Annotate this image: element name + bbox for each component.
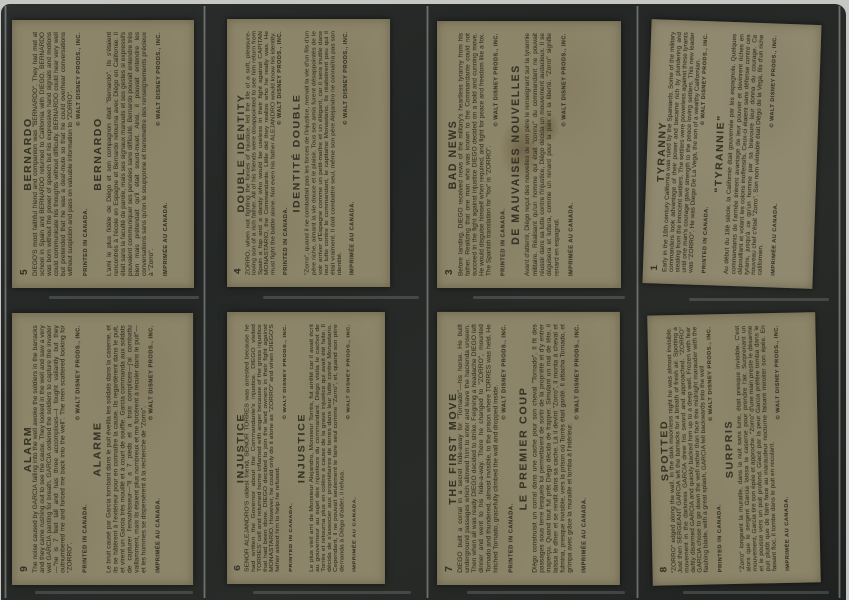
sleeve-seam-center [426, 6, 429, 598]
copyright-line: © WALT DISNEY PRODS., INC. [561, 33, 567, 276]
card-9-alarm: 9 ALARM The noise caused by GARCIA falli… [12, 313, 193, 585]
sleeve-ridge [49, 296, 199, 299]
card-title-french: INJUSTICE [296, 324, 307, 572]
copyright-line: © WALT DISNEY PRODS., INC. [344, 31, 349, 275]
card-text-french: Le bruit causé par Garcia tombant dans l… [105, 325, 147, 573]
card-header: 3 BAD NEWS [443, 33, 456, 276]
sleeve-seam-left [4, 6, 7, 598]
card-header: 5 BERNARDO [18, 32, 31, 276]
card-title-english: ALARM [22, 426, 34, 473]
card-text-english: "ZORRO" edged along the wall. In the dar… [666, 327, 710, 574]
sleeve-ridge [689, 298, 829, 301]
card-header: 9 ALARM [18, 325, 31, 573]
card-number: 1 [649, 265, 659, 271]
card-text-english: SENOR ALEJANDRO'S oldest friend, SENOR T… [244, 324, 281, 572]
card-4-double-identity: 4 DOUBLE IDENTITY ZORRO, when not fighti… [227, 19, 390, 287]
card-number: 6 [233, 565, 243, 571]
card-back-face: 1 TYRANNY Early in the 18th century Cali… [642, 19, 821, 289]
copyright-line: © WALT DISNEY PRODS., INC. [148, 325, 154, 573]
copyright-line: © WALT DISNEY PRODS., INC. [501, 324, 507, 573]
card-8-spotted: 8 SPOTTED "ZORRO" edged along the wall. … [647, 312, 821, 585]
sleeve-ridge [263, 296, 419, 299]
card-text-french: Avant d'atterrir, Diègo reçut des nouvel… [524, 33, 560, 276]
card-number: 5 [19, 269, 30, 275]
sleeve-ridge [467, 591, 625, 594]
copyright-line: © WALT DISNEY PRODS., INC. [76, 32, 82, 276]
card-number: 3 [444, 270, 455, 276]
sleeve-ridge [35, 591, 193, 594]
card-text-english: ZORRO, when not fighting the forces of i… [245, 31, 277, 275]
printed-in-canada-line: PRINTED IN CANADA. [83, 32, 89, 276]
printed-in-canada-line: PRINTED IN CANADA. [82, 325, 88, 573]
card-text-english: DIEGO'S most faithful friend and compani… [32, 32, 75, 276]
card-text-french: "Zorro" longeant la muraille, dans la nu… [734, 325, 778, 572]
copyright-line: © WALT DISNEY PRODS., INC. [75, 325, 81, 573]
card-title-english: BAD NEWS [447, 120, 459, 190]
card-text-french: "Zorro", quand il ne combattait pas les … [304, 31, 342, 275]
imprimee-au-canada-line: IMPRIMÉE AU CANADA. [155, 325, 161, 573]
printed-in-canada-line: PRINTED IN CANADA. [284, 31, 289, 275]
card-header: 7 THE FIRST MOVE [443, 324, 456, 573]
copyright-line: © WALT DISNEY PRODS., INC. [278, 31, 283, 275]
sleeve-ridge [683, 591, 829, 594]
copyright-line: © WALT DISNEY PRODS., INC. [346, 324, 351, 572]
card-7-the-first-move: 7 THE FIRST MOVE DIEGO built a corral in… [437, 312, 620, 585]
card-title-english: TYRANNY [655, 121, 668, 182]
card-title-english: THE FIRST MOVE [447, 392, 459, 505]
card-number: 8 [659, 567, 669, 573]
card-header: 4 DOUBLE IDENTITY [232, 31, 244, 275]
card-title-english: DOUBLE IDENTITY [236, 93, 247, 212]
card-back-face: 5 BERNARDO DIEGO'S most faithful friend … [12, 20, 194, 288]
card-title-french: IDENTITÉ DOUBLE [292, 31, 304, 275]
sleeve-seam-1 [203, 6, 206, 598]
imprimee-au-canada-line: IMPRIMÉE AU CANADA. [163, 32, 169, 276]
card-text-english: The noise caused by GARCIA falling into … [32, 325, 74, 573]
card-back-face: 8 SPOTTED "ZORRO" edged along the wall. … [647, 312, 821, 586]
imprimee-au-canada-line: IMPRIMÉE AU CANADA. [568, 33, 574, 276]
card-back-face: 7 THE FIRST MOVE DIEGO built a corral in… [437, 312, 620, 585]
card-text-english: Before landing, DIEGO received news of t… [457, 33, 493, 276]
card-text-french: Diègo construisit un corral dans une cac… [531, 324, 574, 573]
copyright-line: © WALT DISNEY PRODS., INC. [494, 33, 500, 276]
copyright-line: © WALT DISNEY PRODS., INC. [156, 32, 162, 276]
card-back-face: 4 DOUBLE IDENTITY ZORRO, when not fighti… [227, 19, 390, 287]
card-header: 6 INJUSTICE [232, 324, 243, 572]
card-title-french: BERNARDO [92, 32, 105, 276]
card-1-tyranny: 1 TYRANNY Early in the 18th century Cali… [642, 19, 821, 289]
card-text-french: L'ami le plus fidèle de Diègo et son com… [106, 32, 156, 276]
card-back-face: 6 INJUSTICE SENOR ALEJANDRO'S oldest fri… [227, 312, 385, 584]
card-number: 9 [19, 566, 30, 572]
card-title-french: LE PREMIER COUP [517, 324, 530, 573]
imprimee-au-canada-line: IMPRIMÉE AU CANADA. [350, 31, 355, 275]
card-back-face: 9 ALARM The noise caused by GARCIA falli… [12, 313, 193, 585]
card-number: 7 [444, 566, 455, 572]
card-text-english: DIEGO built a corral in a secret hide-aw… [457, 324, 500, 573]
card-text-french: Le plus vieil ami de Monsieur Alejandro,… [308, 324, 345, 572]
card-title-english: INJUSTICE [236, 413, 246, 483]
card-title-english: BERNARDO [22, 117, 34, 190]
card-title-french: DE MAUVAISES NOUVELLES [510, 33, 523, 276]
card-title-english: SPOTTED [659, 420, 671, 482]
card-back-face: 3 BAD NEWS Before landing, DIEGO receive… [437, 21, 621, 288]
photo-background: 5 BERNARDO DIEGO'S most faithful friend … [0, 0, 849, 600]
printed-in-canada-line: PRINTED IN CANADA. [501, 33, 507, 276]
card-number: 4 [233, 268, 243, 274]
sleeve-ridge [253, 591, 411, 594]
sleeve-seam-2 [636, 6, 639, 598]
copyright-line: © WALT DISNEY PRODS., INC. [575, 324, 581, 573]
sleeve-seam-right [838, 6, 841, 598]
card-title-french: ALARME [91, 325, 104, 573]
sleeve-ridge [473, 296, 625, 299]
printed-in-canada-line: PRINTED IN CANADA. [288, 324, 293, 572]
card-6-injustice: 6 INJUSTICE SENOR ALEJANDRO'S oldest fri… [227, 312, 385, 584]
copyright-line: © WALT DISNEY PRODS., INC. [282, 324, 287, 572]
imprimee-au-canada-line: IMPRIMÉE AU CANADA. [582, 324, 588, 573]
imprimee-au-canada-line: IMPRIMÉE AU CANADA. [352, 324, 357, 572]
card-5-bernardo: 5 BERNARDO DIEGO'S most faithful friend … [12, 20, 194, 288]
card-3-bad-news: 3 BAD NEWS Before landing, DIEGO receive… [437, 21, 621, 288]
printed-in-canada-line: PRINTED IN CANADA. [508, 324, 514, 573]
